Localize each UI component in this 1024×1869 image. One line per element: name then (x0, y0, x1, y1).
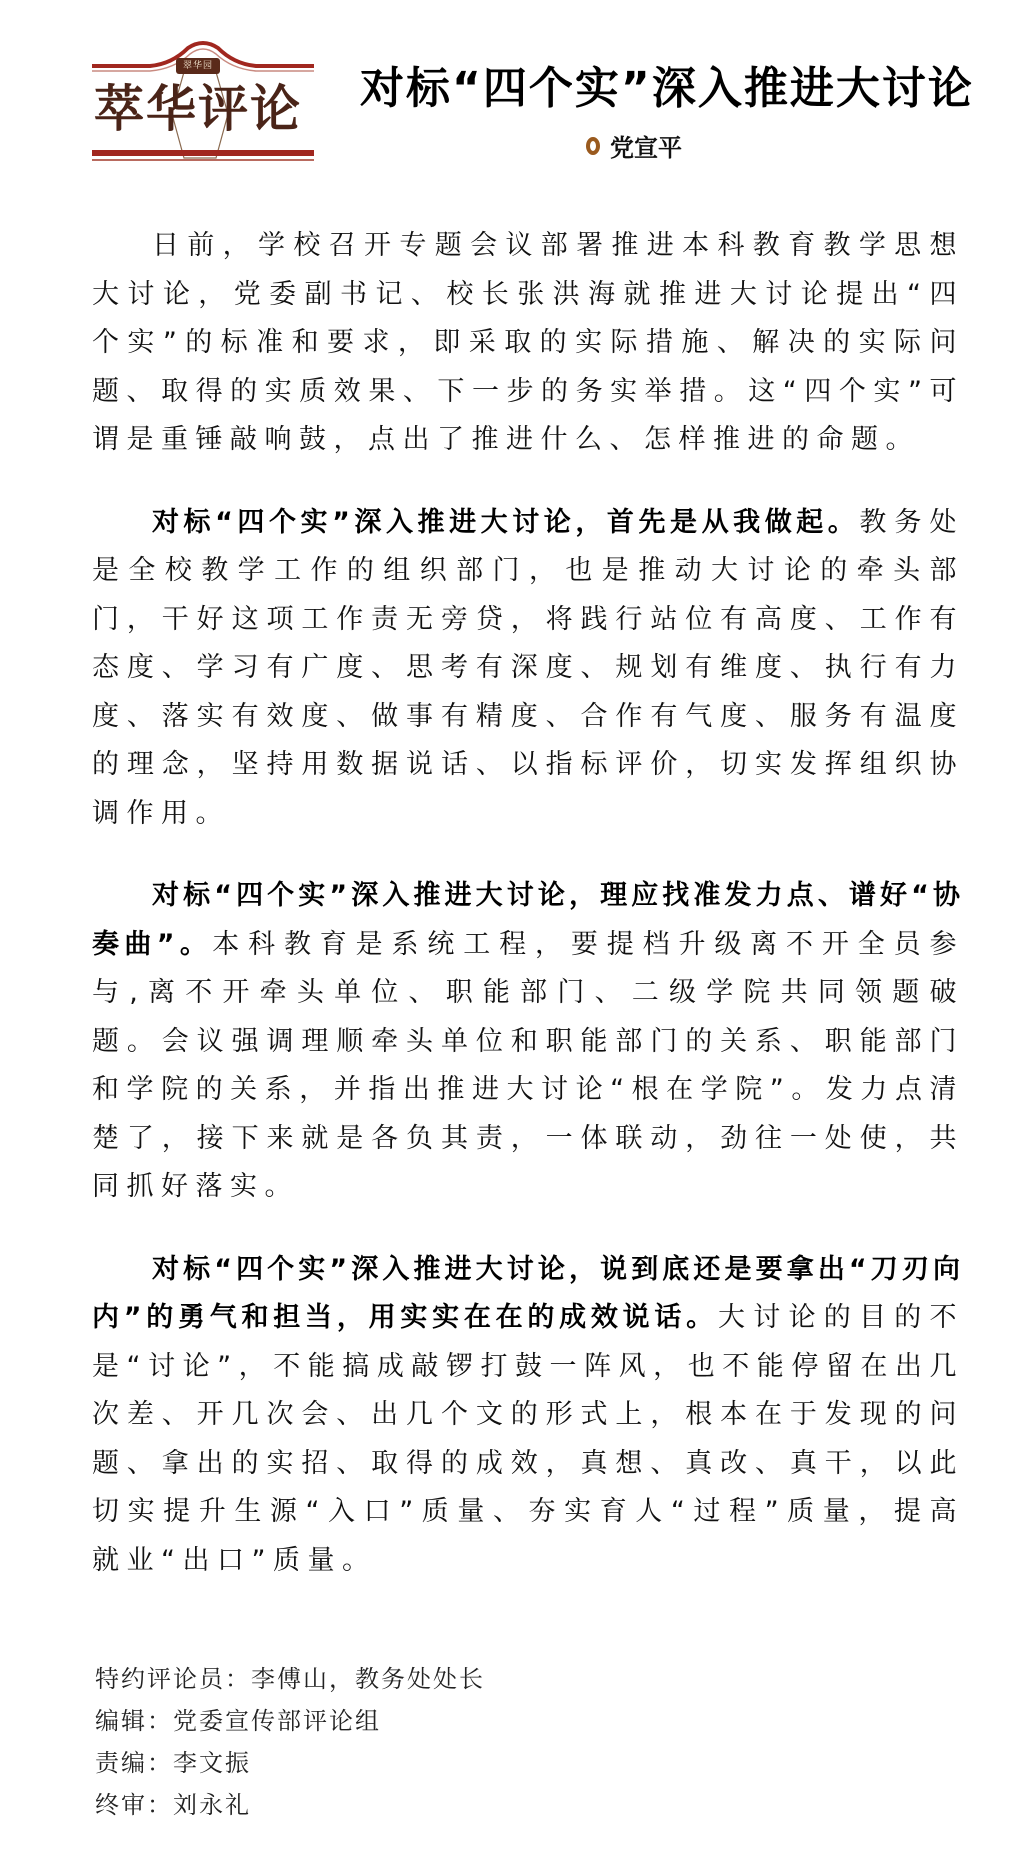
logo-name: 萃华评论 (94, 78, 312, 140)
logo: 翠华园 萃华评论 (92, 34, 314, 164)
paragraph-text: 教务处是全校教学工作的组织部门，也是推动大讨论的牵头部门，干好这项工作责无旁贷，… (92, 507, 964, 829)
credits: 特约评论员：李傅山，教务处处长 编辑：党委宣传部评论组 责编：李文振 终审：刘永… (95, 1658, 485, 1826)
circle-bullet-icon (586, 137, 600, 155)
credit-editor: 编辑：党委宣传部评论组 (95, 1700, 485, 1742)
paragraph-2: 对标“四个实”深入推进大讨论，首先是从我做起。教务处是全校教学工作的组织部门，也… (92, 499, 964, 839)
paragraph-4: 对标“四个实”深入推进大讨论，说到底还是要拿出“刀刃向内”的勇气和担当，用实实在… (92, 1246, 964, 1586)
page-title: 对标“四个实”深入推进大讨论 (360, 52, 960, 116)
paragraph-text: 大讨论的目的不是“讨论”，不能搞成敲锣打鼓一阵风，也不能停留在出几次差、开几次会… (92, 1302, 964, 1576)
credit-responsible-editor: 责编：李文振 (95, 1742, 485, 1784)
paragraph-text: 本科教育是系统工程，要提档升级离不开全员参与,离不开牵头单位、职能部门、二级学院… (92, 929, 964, 1203)
paragraph-1: 日前，学校召开专题会议部署推进本科教育教学思想大讨论，党委副书记、校长张洪海就推… (92, 222, 964, 465)
paragraph-text: 日前，学校召开专题会议部署推进本科教育教学思想大讨论，党委副书记、校长张洪海就推… (92, 230, 964, 455)
logo-badge: 翠华园 (176, 58, 220, 74)
paragraph-lead: 对标“四个实”深入推进大讨论，首先是从我做起。 (152, 507, 859, 538)
logo-bar (92, 150, 314, 156)
byline: 党宣平 (586, 128, 682, 163)
paragraph-3: 对标“四个实”深入推进大讨论，理应找准发力点、谱好“协奏曲”。本科教育是系统工程… (92, 872, 964, 1212)
logo-bar-thin (92, 159, 314, 161)
article-body: 日前，学校召开专题会议部署推进本科教育教学思想大讨论，党委副书记、校长张洪海就推… (92, 222, 964, 1619)
credit-final-review: 终审：刘永礼 (95, 1784, 485, 1826)
author-name: 党宣平 (610, 128, 682, 163)
credit-commentator: 特约评论员：李傅山，教务处处长 (95, 1658, 485, 1700)
